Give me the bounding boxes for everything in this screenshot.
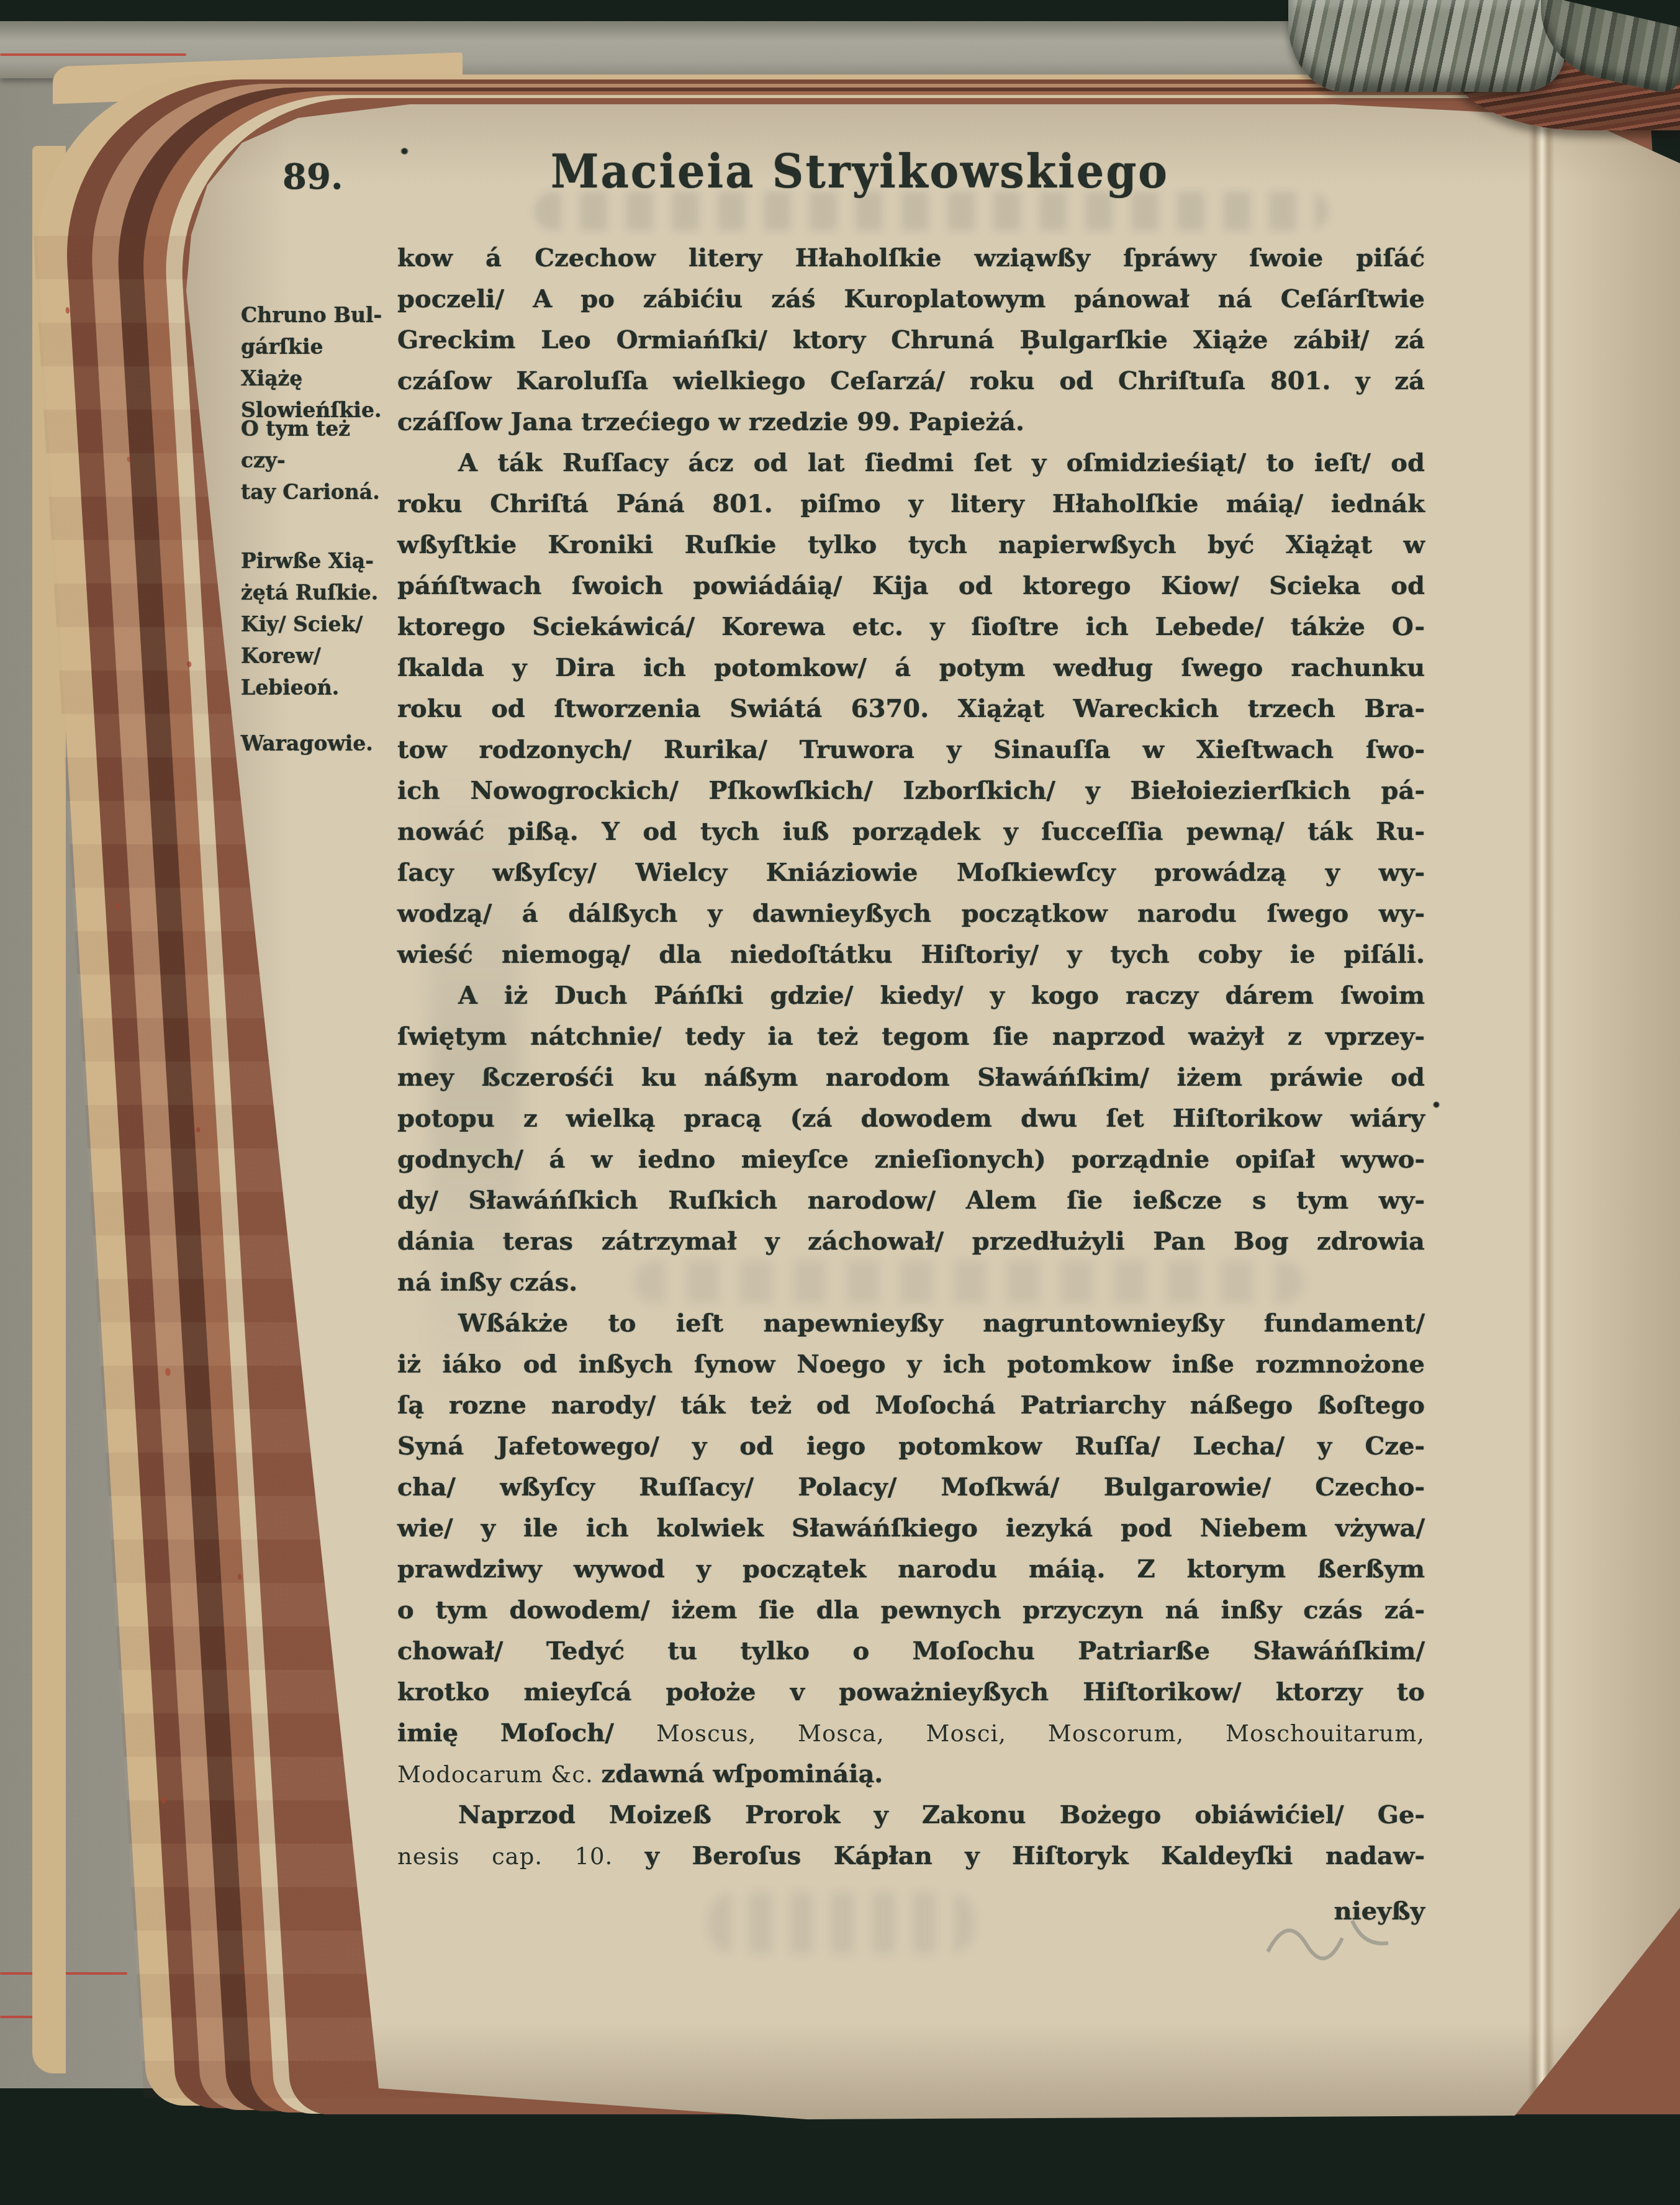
blackletter-text-segment: godnych/ á w iedno mieyſce znieſionych) …	[397, 1145, 1425, 1174]
body-line: cha/ wßyſcy Ruſſacy/ Polacy/ Moſkwá/ Bul…	[397, 1472, 1425, 1513]
body-line: ich Nowogrockich/ Pſkowſkich/ Izborſkich…	[397, 776, 1425, 817]
blackletter-text-segment: kow á Czechow litery Hłaholſkie wziąwßy …	[397, 243, 1425, 273]
blackletter-text-segment: ſwiętym nátchnie/ tedy ia też tegom ſie …	[397, 1022, 1425, 1051]
body-line: tow rodzonych/ Rurika/ Truwora y Sinauſſ…	[397, 735, 1425, 776]
blackletter-text-segment: Wßákże to ieſt napewnieyßy nagruntowniey…	[458, 1309, 1425, 1338]
margin-note-line: Kiy/ Sciek/	[241, 608, 387, 640]
blackletter-text-segment: wßyſtkie Kroniki Ruſkie tylko tych napie…	[397, 530, 1425, 559]
margin-note-line: O tym też czy-	[241, 413, 387, 476]
blackletter-text-segment: roku od ſtworzenia Swiátá 6370. Xiążąt W…	[397, 694, 1425, 723]
body-line: wßyſtkie Kroniki Ruſkie tylko tych napie…	[397, 530, 1425, 571]
body-line: wodzą/ á dálßych y dawnieyßych początkow…	[397, 899, 1425, 940]
margin-note: Chruno Bul-gárſkie XiążęSlowieńſkie.	[241, 299, 387, 426]
blackletter-text-segment: mey ßczerośći ku náßym narodom Sławáńſki…	[397, 1063, 1425, 1092]
margin-note-line: Pirwße Xią-	[241, 545, 387, 577]
margin-note-line: Korew/	[241, 640, 387, 672]
body-line: nowáć pißą. Y od tych iuß porządek y ſuc…	[397, 817, 1425, 858]
body-line: dánia teras zátrzymał y záchował/ przedł…	[397, 1227, 1425, 1268]
blackletter-text-segment: ſacy wßyſcy/ Wielcy Kniáziowie Moſkiewſc…	[397, 858, 1425, 887]
blackletter-text-segment: nowáć pißą. Y od tych iuß porządek y ſuc…	[397, 817, 1425, 846]
body-line: Modocarum &c. zdawná wſpomináią.	[397, 1759, 1425, 1800]
body-line: A iż Duch Páńſki gdzie/ kiedy/ y kogo ra…	[397, 981, 1425, 1022]
blackletter-text-segment: A ták Ruſſacy ácz od lat ſiedmi ſet y oſ…	[458, 448, 1425, 477]
blackletter-text-segment: chował/ Tedyć tu tylko o Moſochu Patriar…	[397, 1636, 1425, 1666]
blackletter-text-segment: imię Moſoch/	[397, 1718, 656, 1747]
body-line: Wßákże to ieſt napewnieyßy nagruntowniey…	[397, 1309, 1425, 1350]
body-line: páńſtwach ſwoich powiádáią/ Kija od ktor…	[397, 571, 1425, 612]
body-line: ſą rozne narody/ ták też od Moſochá Patr…	[397, 1391, 1425, 1432]
latin-text-segment: Moscus, Mosca, Mosci, Moscorum, Moschoui…	[656, 1720, 1425, 1747]
blackletter-text-segment: cha/ wßyſcy Ruſſacy/ Polacy/ Moſkwá/ Bul…	[397, 1472, 1425, 1502]
gutter-shadow	[1552, 104, 1680, 2123]
blackletter-text-segment: A iż Duch Páńſki gdzie/ kiedy/ y kogo ra…	[458, 981, 1425, 1010]
body-line: wieść niemogą/ dla niedoſtátku Hiſtoriy/…	[397, 940, 1425, 981]
blackletter-text-segment: czáſſow Jana trzećiego w rzedzie 99. Pap…	[397, 407, 1024, 436]
blackletter-text-segment: tow rodzonych/ Rurika/ Truwora y Sinauſſ…	[397, 735, 1425, 764]
body-line: poczeli/ A po zábićiu záś Kuroplatowym p…	[397, 284, 1425, 325]
body-line: czáſſow Jana trzećiego w rzedzie 99. Pap…	[397, 407, 1425, 448]
blackletter-text-segment: ná inßy czás.	[397, 1268, 577, 1297]
blackletter-text-segment: prawdziwy wywod y początek narodu máią. …	[397, 1554, 1425, 1584]
blackletter-text-segment: ich Nowogrockich/ Pſkowſkich/ Izborſkich…	[397, 776, 1425, 805]
blackletter-text-segment: ktorego Sciekáwicá/ Korewa etc. y ſioſtr…	[397, 612, 1425, 641]
blackletter-text-segment: páńſtwach ſwoich powiádáią/ Kija od ktor…	[397, 571, 1425, 600]
body-line: Syná Jafetowego/ y od iego potomkow Ruſſ…	[397, 1432, 1425, 1472]
body-line: Naprzod Moizeß Prorok y Zakonu Bożego ob…	[397, 1800, 1425, 1841]
blackletter-text-segment: o tym dowodem/ iżem ſie dla pewnych przy…	[397, 1595, 1425, 1625]
blackletter-text-segment: dánia teras zátrzymał y záchował/ przedł…	[397, 1227, 1425, 1256]
body-line: kow á Czechow litery Hłaholſkie wziąwßy …	[397, 243, 1425, 284]
body-line: Greckim Leo Ormiańſki/ ktory Chruná Bulg…	[397, 325, 1425, 366]
blackletter-text-segment: wie/ y ile ich kolwiek Sławáńſkiego iezy…	[397, 1513, 1425, 1543]
margin-note-line: Chruno Bul-	[241, 299, 387, 331]
book-page: 89. Macieia Stryikowskiego Chruno Bul-gá…	[186, 104, 1680, 2123]
blackletter-text-segment: roku Chriſtá Páná 801. piſmo y litery Hł…	[397, 489, 1425, 518]
ink-speck	[1433, 1101, 1440, 1108]
margin-note-line: Waragowie.	[241, 728, 387, 759]
page-crease	[1529, 109, 1555, 2121]
blackletter-text-segment: dy/ Sławáńſkich Ruſkich narodow/ Alem ſi…	[397, 1186, 1425, 1215]
body-line: iż iáko od inßych ſynow Noego y ich poto…	[397, 1350, 1425, 1391]
body-line: imię Moſoch/ Moscus, Mosca, Mosci, Mosco…	[397, 1718, 1425, 1759]
blackletter-text-segment: czáſow Karoluſſa wielkiego Ceſarzá/ roku…	[397, 366, 1425, 395]
body-line: potopu z wielką pracą (zá dowodem dwu ſe…	[397, 1104, 1425, 1145]
body-line: roku od ſtworzenia Swiátá 6370. Xiążąt W…	[397, 694, 1425, 735]
blackletter-text-segment: y Beroſus Kápłan y Hiſtoryk Kaldeyſki na…	[645, 1841, 1425, 1870]
body-line: ná inßy czás.	[397, 1268, 1425, 1309]
margin-note-line: Lebieoń.	[241, 672, 387, 703]
page-number: 89.	[282, 156, 343, 197]
headband-icon	[1288, 0, 1565, 92]
blackletter-text-segment: poczeli/ A po zábićiu záś Kuroplatowym p…	[397, 284, 1425, 313]
body-line: ktorego Sciekáwicá/ Korewa etc. y ſioſtr…	[397, 612, 1425, 653]
body-line: czáſow Karoluſſa wielkiego Ceſarzá/ roku…	[397, 366, 1425, 407]
margin-note: O tym też czy-tay Carioná.	[241, 413, 387, 508]
margin-note: Pirwße Xią-żętá Ruſkie.Kiy/ Sciek/Korew/…	[241, 545, 387, 703]
blackletter-text-segment: krotko mieyſcá położe v poważnieyßych Hi…	[397, 1677, 1425, 1707]
margin-note-line: żętá Ruſkie.	[241, 577, 387, 608]
body-line: prawdziwy wywod y początek narodu máią. …	[397, 1554, 1425, 1595]
latin-text-segment: nesis cap. 10.	[397, 1843, 645, 1870]
running-title: Macieia Stryikowskiego	[348, 143, 1372, 199]
body-line: ſwiętym nátchnie/ tedy ia też tegom ſie …	[397, 1022, 1425, 1063]
body-line: wie/ y ile ich kolwiek Sławáńſkiego iezy…	[397, 1513, 1425, 1554]
blackletter-text-segment: wodzą/ á dálßych y dawnieyßych początkow…	[397, 899, 1425, 928]
ink-scribble	[1260, 1900, 1409, 1980]
blackletter-text-segment: potopu z wielką pracą (zá dowodem dwu ſe…	[397, 1104, 1425, 1133]
margin-note-line: gárſkie Xiążę	[241, 331, 387, 394]
blackletter-text-segment: ſkalda y Dira ich potomkow/ á potym wedł…	[397, 653, 1425, 682]
body-line: roku Chriſtá Páná 801. piſmo y litery Hł…	[397, 489, 1425, 530]
latin-text-segment: Modocarum &c.	[397, 1761, 601, 1788]
body-line: ſkalda y Dira ich potomkow/ á potym wedł…	[397, 653, 1425, 694]
body-line: A ták Ruſſacy ácz od lat ſiedmi ſet y oſ…	[397, 448, 1425, 489]
blackletter-text-segment: Syná Jafetowego/ y od iego potomkow Ruſſ…	[397, 1432, 1425, 1461]
body-line: chował/ Tedyć tu tylko o Moſochu Patriar…	[397, 1636, 1425, 1677]
blackletter-text-segment: iż iáko od inßych ſynow Noego y ich poto…	[397, 1350, 1425, 1379]
body-line: ſacy wßyſcy/ Wielcy Kniáziowie Moſkiewſc…	[397, 858, 1425, 899]
body-line: krotko mieyſcá położe v poważnieyßych Hi…	[397, 1677, 1425, 1718]
body-line: mey ßczerośći ku náßym narodom Sławáńſki…	[397, 1063, 1425, 1104]
body-text: kow á Czechow litery Hłaholſkie wziąwßy …	[397, 243, 1425, 1932]
margin-note-line: tay Carioná.	[241, 476, 387, 508]
body-line: godnych/ á w iedno mieyſce znieſionych) …	[397, 1145, 1425, 1186]
body-line: dy/ Sławáńſkich Ruſkich narodow/ Alem ſi…	[397, 1186, 1425, 1227]
blackletter-text-segment: ſą rozne narody/ ták też od Moſochá Patr…	[397, 1391, 1425, 1420]
margin-note: Waragowie.	[241, 728, 387, 759]
blackletter-text-segment: wieść niemogą/ dla niedoſtátku Hiſtoriy/…	[397, 940, 1425, 969]
blackletter-text-segment: zdawná wſpomináią.	[601, 1759, 883, 1788]
blackletter-text-segment: Greckim Leo Ormiańſki/ ktory Chruná Bulg…	[397, 325, 1425, 354]
body-line: o tym dowodem/ iżem ſie dla pewnych przy…	[397, 1595, 1425, 1636]
body-line: nesis cap. 10. y Beroſus Kápłan y Hiſtor…	[397, 1841, 1425, 1882]
blackletter-text-segment: Naprzod Moizeß Prorok y Zakonu Bożego ob…	[458, 1800, 1425, 1829]
book-photo: 89. Macieia Stryikowskiego Chruno Bul-gá…	[0, 0, 1680, 2205]
